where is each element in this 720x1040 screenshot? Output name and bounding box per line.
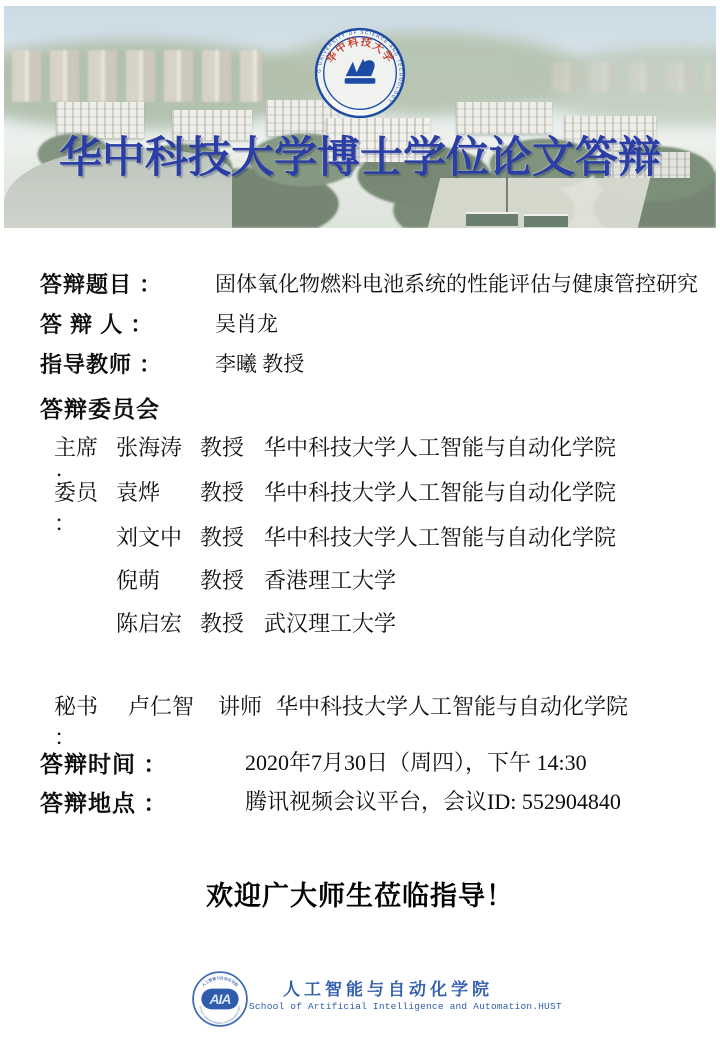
venue-value: 腾讯视频会议平台，会议ID: 552904840: [245, 785, 621, 816]
secretary-name: 卢仁智: [116, 690, 200, 752]
member-name: 刘文中: [116, 521, 200, 552]
university-seal-icon: 华中科技大学 HUAZHONG UNIVERSITY OF SCIENCE AN…: [314, 27, 406, 119]
member-name: 倪萌: [116, 564, 200, 595]
candidate-value: 吴肖龙: [215, 308, 278, 338]
welcome-message: 欢迎广大师生莅临指导！: [0, 874, 720, 913]
committee-heading: 答辩委员会: [40, 391, 160, 424]
school-name-en: School of Artificial Intelligence and Au…: [249, 1001, 562, 1012]
time-label: 答辩时间 ：: [40, 746, 167, 779]
member-role: [54, 521, 116, 552]
member-affiliation: 武汉理工大学: [264, 607, 694, 638]
aia-school-logo-icon: 人工智能与自动化学院 School of Artificial Intellig…: [191, 969, 249, 1029]
member-role: [54, 607, 116, 638]
committee-row-member: 刘文中 教授 华中科技大学人工智能与自动化学院: [54, 521, 694, 552]
member-title: 教授: [200, 521, 264, 552]
school-name-cn: 人工智能与自动化学院: [283, 975, 493, 1000]
banner: 华中科技大学 HUAZHONG UNIVERSITY OF SCIENCE AN…: [4, 6, 716, 228]
secretary-role: 秘书 ：: [54, 690, 116, 752]
committee-row-member: 倪萌 教授 香港理工大学: [54, 564, 694, 595]
member-affiliation: 香港理工大学: [264, 564, 694, 595]
banner-title: 华中科技大学博士学位论文答辩: [4, 124, 716, 185]
committee-row-member: 陈启宏 教授 武汉理工大学: [54, 607, 694, 638]
advisor-label: 指导教师 ：: [40, 348, 162, 379]
topic-value: 固体氧化物燃料电池系统的性能评估与健康管控研究: [215, 268, 698, 298]
member-affiliation: 华中科技大学人工智能与自动化学院: [264, 521, 694, 552]
member-title: 教授: [200, 607, 264, 638]
member-name: 陈启宏: [116, 607, 200, 638]
defense-poster: 华中科技大学 HUAZHONG UNIVERSITY OF SCIENCE AN…: [0, 0, 720, 1040]
venue-label: 答辩地点 ：: [40, 785, 167, 818]
candidate-label: 答 辩 人 ：: [40, 308, 153, 339]
committee-row-secretary: 秘书 ： 卢仁智 讲师 华中科技大学人工智能与自动化学院: [54, 690, 694, 752]
secretary-title: 讲师: [200, 690, 264, 752]
topic-label: 答辩题目 ：: [40, 268, 162, 299]
time-value: 2020年7月30日（周四），下午 14:30: [245, 746, 587, 777]
secretary-affiliation: 华中科技大学人工智能与自动化学院: [264, 690, 694, 752]
advisor-value: 李曦 教授: [215, 348, 304, 378]
member-title: 教授: [200, 564, 264, 595]
aia-letters: AIA: [209, 991, 232, 1007]
member-role: [54, 564, 116, 595]
